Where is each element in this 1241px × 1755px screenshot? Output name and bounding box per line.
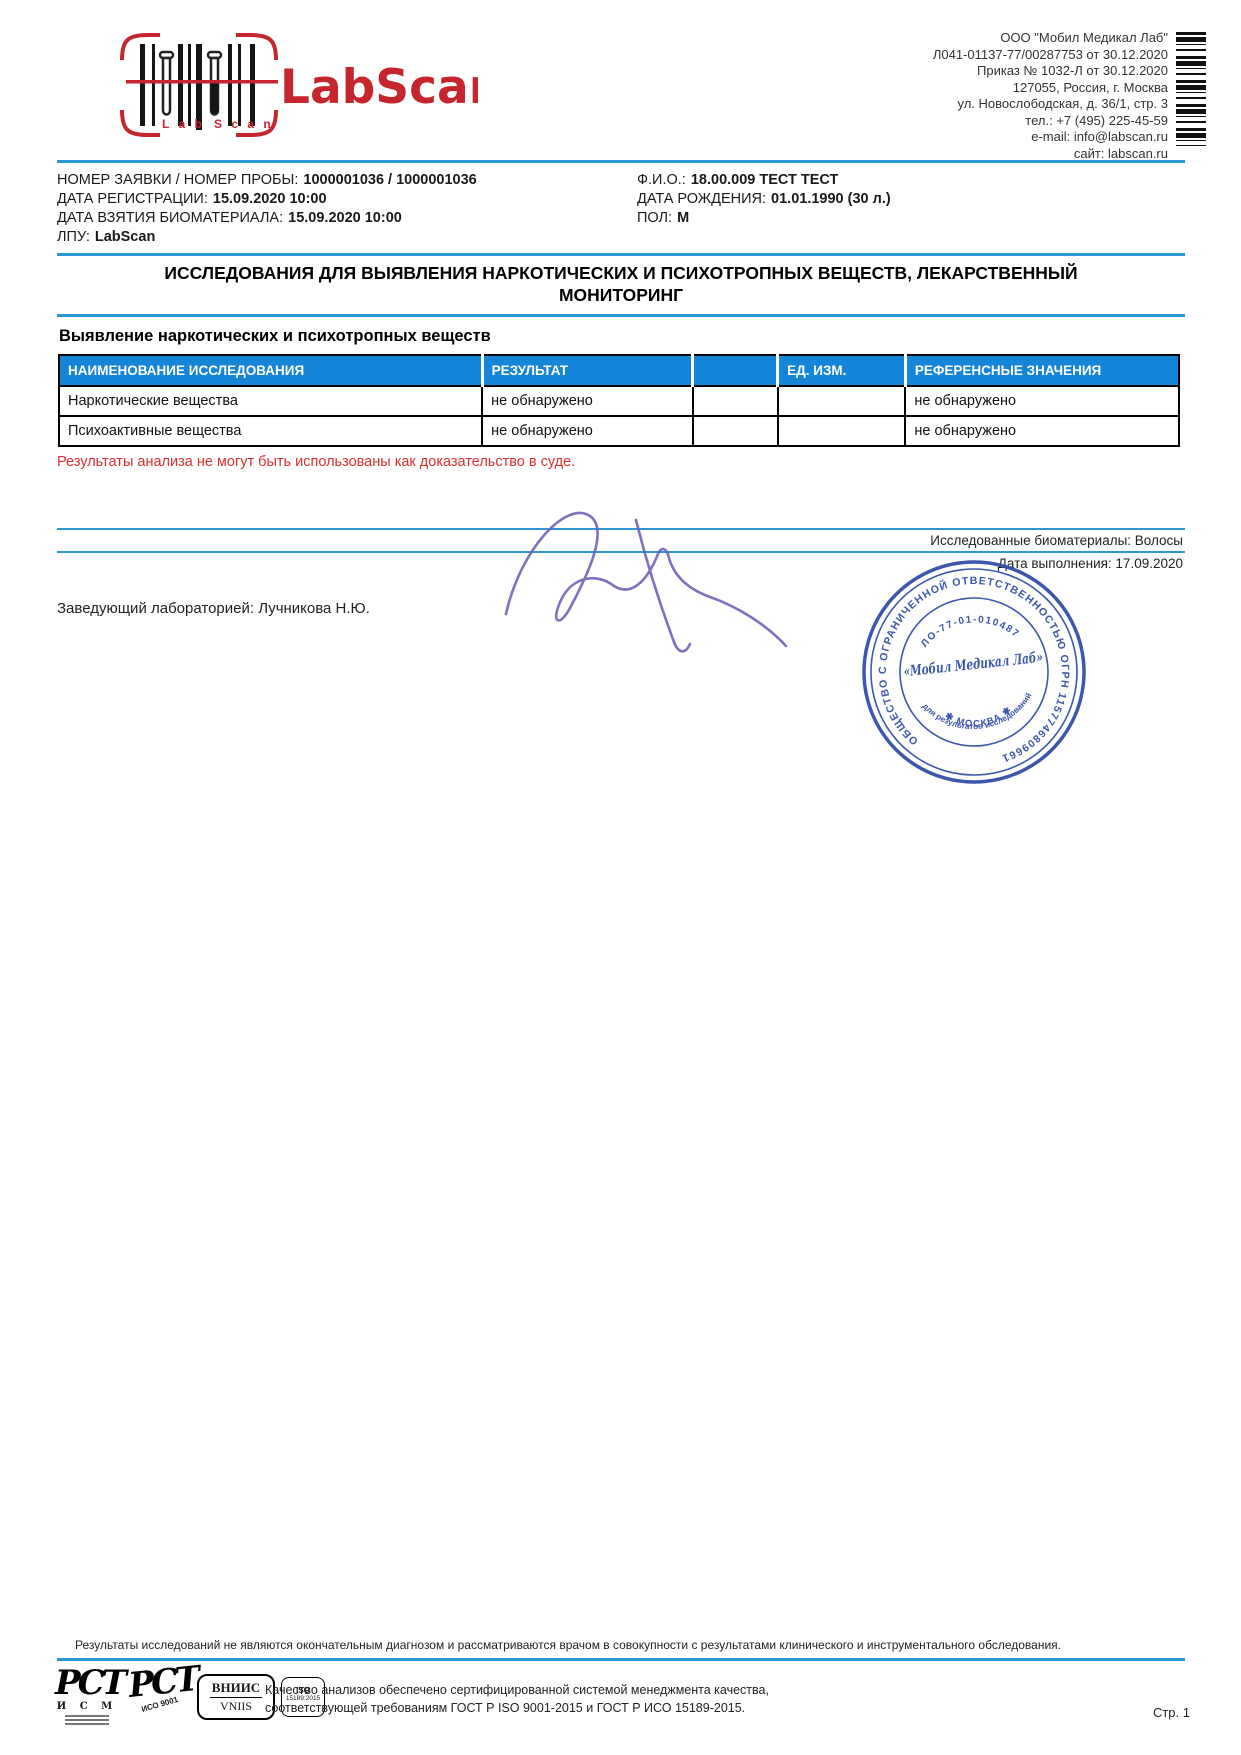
col-header-test-name: НАИМЕНОВАНИЕ ИССЛЕДОВАНИЯ xyxy=(59,355,482,386)
stamp-seal-icon: ОБЩЕСТВО С ОГРАНИЧЕННОЙ ОТВЕТСТВЕННОСТЬЮ… xyxy=(847,545,1102,800)
stamp-city-text: ✱ МОСКВА ✱ xyxy=(942,704,1016,734)
col-header-empty xyxy=(693,355,778,386)
divider-title-bottom xyxy=(57,314,1185,317)
section-title: Выявление наркотических и психотропных в… xyxy=(59,327,1185,346)
patient-info-left: НОМЕР ЗАЯВКИ / НОМЕР ПРОБЫ:1000001036 / … xyxy=(57,171,637,247)
reference-cell: не обнаружено xyxy=(905,386,1179,416)
results-table: НАИМЕНОВАНИЕ ИССЛЕДОВАНИЯ РЕЗУЛЬТАТ ЕД. … xyxy=(58,354,1180,447)
col-header-reference: РЕФЕРЕНСНЫЕ ЗНАЧЕНИЯ xyxy=(905,355,1179,386)
signature-scribble xyxy=(478,492,793,662)
cert-rst-iso9001: РСТ ИСО 9001 xyxy=(127,1663,189,1712)
rst-mark-icon: РСТ xyxy=(55,1666,119,1700)
company-license: Л041-01137-77/00287753 от 30.12.2020 xyxy=(648,47,1168,64)
birthdate-row: ДАТА РОЖДЕНИЯ:01.01.1990 (30 л.) xyxy=(637,190,1185,209)
divider-footer xyxy=(57,1658,1185,1661)
vniis-cyrillic-label: ВНИИС xyxy=(210,1680,262,1698)
registration-date-value: 15.09.2020 10:00 xyxy=(213,191,327,207)
empty-cell xyxy=(693,416,778,446)
units-cell xyxy=(778,416,906,446)
registration-date-row: ДАТА РЕГИСТРАЦИИ:15.09.2020 10:00 xyxy=(57,190,637,209)
cert-rst-ism: РСТ И С М xyxy=(55,1666,119,1725)
court-disclaimer: Результаты анализа не могут быть использ… xyxy=(57,454,1185,470)
logo-sub-scan: S c a n xyxy=(214,117,274,131)
clinic-row: ЛПУ:LabScan xyxy=(57,228,637,247)
company-email: e-mail: info@labscan.ru xyxy=(648,129,1168,146)
order-number-row: НОМЕР ЗАЯВКИ / НОМЕР ПРОБЫ:1000001036 / … xyxy=(57,171,637,190)
labscan-logo: L a b S c a n LabScan xyxy=(118,28,478,143)
document-title-block: ИССЛЕДОВАНИЯ ДЛЯ ВЫЯВЛЕНИЯ НАРКОТИЧЕСКИХ… xyxy=(57,256,1185,314)
vniis-latin-label: VNIIS xyxy=(199,1698,273,1714)
company-order: Приказ № 1032-Л от 30.12.2020 xyxy=(648,63,1168,80)
rst-ism-caption: И С М xyxy=(55,1701,119,1712)
labscan-logo-mark: L a b S c a n LabScan xyxy=(118,28,478,143)
clinic-label: ЛПУ: xyxy=(57,229,90,245)
empty-cell xyxy=(693,386,778,416)
sex-row: ПОЛ:М xyxy=(637,209,1185,228)
table-row: Психоактивные вещества не обнаружено не … xyxy=(59,416,1179,446)
logo-wordmark: LabScan xyxy=(280,60,478,115)
sex-label: ПОЛ: xyxy=(637,210,672,226)
sampling-date-value: 15.09.2020 10:00 xyxy=(288,210,402,226)
col-header-result: РЕЗУЛЬТАТ xyxy=(482,355,693,386)
rst-fineprint-lines xyxy=(65,1715,109,1725)
patient-name-label: Ф.И.О.: xyxy=(637,172,686,188)
clinic-value: LabScan xyxy=(95,229,155,245)
registration-date-label: ДАТА РЕГИСТРАЦИИ: xyxy=(57,191,208,207)
document-title: ИССЛЕДОВАНИЯ ДЛЯ ВЫЯВЛЕНИЯ НАРКОТИЧЕСКИХ… xyxy=(121,262,1121,306)
patient-name-row: Ф.И.О.:18.00.009 ТЕСТ ТЕСТ xyxy=(637,171,1185,190)
sex-value: М xyxy=(677,210,689,226)
col-header-units: ЕД. ИЗМ. xyxy=(778,355,906,386)
company-city: 127055, Россия, г. Москва xyxy=(648,80,1168,97)
stamp-license-number: ЛО-77-01-010487 xyxy=(917,609,1023,650)
table-row: Наркотические вещества не обнаружено не … xyxy=(59,386,1179,416)
sampling-date-label: ДАТА ВЗЯТИЯ БИОМАТЕРИАЛА: xyxy=(57,210,283,226)
logo-sub-lab: L a b xyxy=(162,117,205,131)
patient-info: НОМЕР ЗАЯВКИ / НОМЕР ПРОБЫ:1000001036 / … xyxy=(57,163,1185,253)
company-info-block: ООО "Мобил Медикал Лаб" Л041-01137-77/00… xyxy=(648,30,1168,162)
company-phone: тел.: +7 (495) 225-45-59 xyxy=(648,113,1168,130)
footer-disclaimer: Результаты исследований не являются окон… xyxy=(75,1638,1187,1652)
patient-name-value: 18.00.009 ТЕСТ ТЕСТ xyxy=(691,172,839,188)
results-header-row: НАИМЕНОВАНИЕ ИССЛЕДОВАНИЯ РЕЗУЛЬТАТ ЕД. … xyxy=(59,355,1179,386)
quality-statement: Качество анализов обеспечено сертифициро… xyxy=(265,1681,769,1717)
units-cell xyxy=(778,386,906,416)
stamp-company-name: «Мобил Медикал Лаб» xyxy=(903,649,1044,681)
quality-line-1: Качество анализов обеспечено сертифициро… xyxy=(265,1681,769,1699)
patient-info-right: Ф.И.О.:18.00.009 ТЕСТ ТЕСТ ДАТА РОЖДЕНИЯ… xyxy=(637,171,1185,247)
birthdate-label: ДАТА РОЖДЕНИЯ: xyxy=(637,191,766,207)
reference-cell: не обнаружено xyxy=(905,416,1179,446)
lab-report-page: L a b S c a n LabScan ООО "Мобил Медикал… xyxy=(0,0,1241,1755)
page-number: Стр. 1 xyxy=(1153,1705,1190,1720)
vertical-barcode xyxy=(1176,32,1206,146)
birthdate-value: 01.01.1990 (30 л.) xyxy=(771,191,891,207)
logo-strike-line xyxy=(126,80,278,84)
company-stamp: ОБЩЕСТВО С ОГРАНИЧЕННОЙ ОТВЕТСТВЕННОСТЬЮ… xyxy=(847,545,1102,800)
order-number-label: НОМЕР ЗАЯВКИ / НОМЕР ПРОБЫ: xyxy=(57,172,298,188)
cert-vniis-badge: ВНИИС VNIIS xyxy=(197,1674,275,1720)
company-street: ул. Новослободская, д. 36/1, стр. 3 xyxy=(648,96,1168,113)
quality-line-2: соответствующей требованиям ГОСТ Р ISO 9… xyxy=(265,1699,769,1717)
test-name-cell: Психоактивные вещества xyxy=(59,416,482,446)
signature-ink-icon xyxy=(478,492,793,662)
sampling-date-row: ДАТА ВЗЯТИЯ БИОМАТЕРИАЛА:15.09.2020 10:0… xyxy=(57,209,637,228)
result-cell: не обнаружено xyxy=(482,386,693,416)
test-name-cell: Наркотические вещества xyxy=(59,386,482,416)
company-name: ООО "Мобил Медикал Лаб" xyxy=(648,30,1168,47)
result-cell: не обнаружено xyxy=(482,416,693,446)
order-number-value: 1000001036 / 1000001036 xyxy=(303,172,476,188)
